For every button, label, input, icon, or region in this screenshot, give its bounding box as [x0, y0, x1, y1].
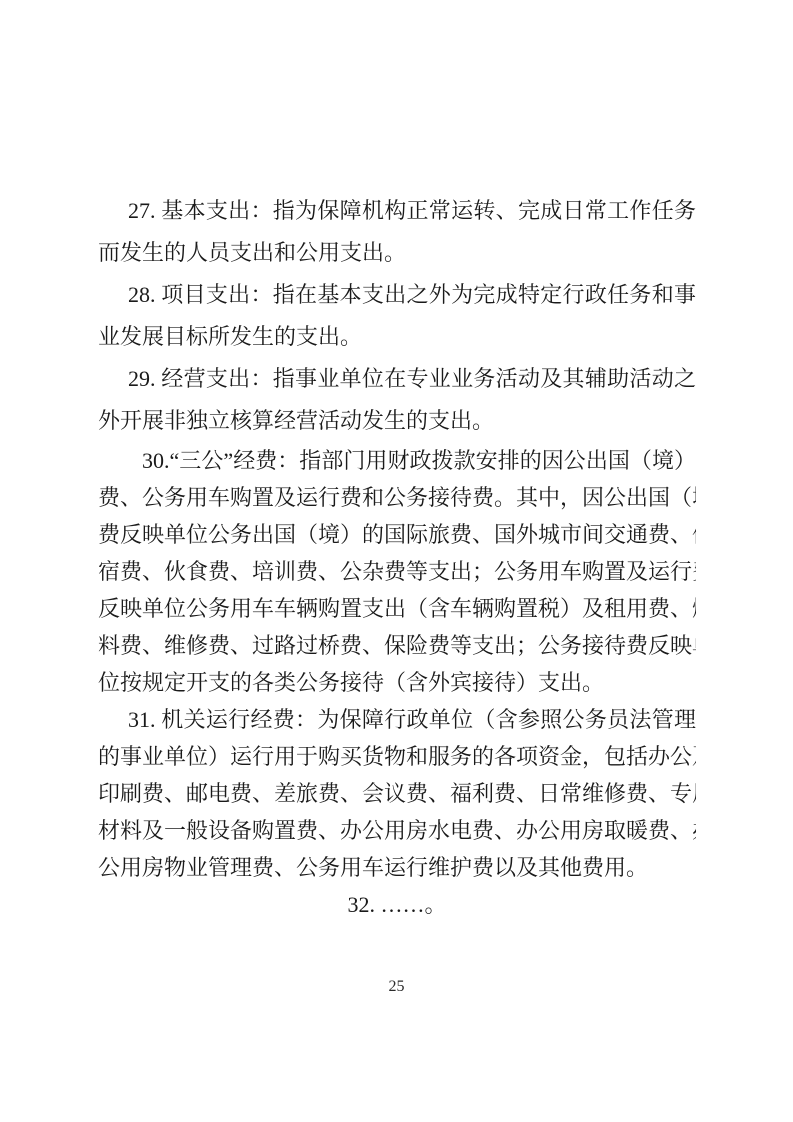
- document-text-block: 27. 基本支出：指为保障机构正常运转、完成日常工作任务 而发生的人员支出和公用…: [98, 190, 696, 924]
- text-line: 业发展目标所发生的支出。: [98, 316, 696, 358]
- paragraph-term-31: 31. 机关运行经费：为保障行政单位（含参照公务员法管理 的事业单位）运行用于购…: [98, 701, 696, 886]
- text-line: 费、公务用车购置及运行费和公务接待费。其中，因公出国（境）: [98, 479, 696, 516]
- text-line: 30.“三公”经费：指部门用财政拨款安排的因公出国（境）: [98, 442, 696, 479]
- paragraph-term-27: 27. 基本支出：指为保障机构正常运转、完成日常工作任务 而发生的人员支出和公用…: [98, 190, 696, 274]
- text-line: 宿费、伙食费、培训费、公杂费等支出；公务用车购置及运行费: [98, 553, 696, 590]
- text-line: 27. 基本支出：指为保障机构正常运转、完成日常工作任务: [98, 190, 696, 232]
- paragraph-term-29: 29. 经营支出：指事业单位在专业业务活动及其辅助活动之 外开展非独立核算经营活…: [98, 358, 696, 442]
- text-line: 费反映单位公务出国（境）的国际旅费、国外城市间交通费、住: [98, 516, 696, 553]
- text-line: 反映单位公务用车车辆购置支出（含车辆购置税）及租用费、燃: [98, 590, 696, 627]
- text-line: 外开展非独立核算经营活动发生的支出。: [98, 400, 696, 442]
- paragraph-term-30: 30.“三公”经费：指部门用财政拨款安排的因公出国（境） 费、公务用车购置及运行…: [98, 442, 696, 701]
- text-line: 32. ……。: [98, 886, 696, 924]
- text-line: 公用房物业管理费、公务用车运行维护费以及其他费用。: [98, 849, 696, 886]
- text-line: 而发生的人员支出和公用支出。: [98, 232, 696, 274]
- text-line: 料费、维修费、过路过桥费、保险费等支出；公务接待费反映单: [98, 627, 696, 664]
- text-line: 印刷费、邮电费、差旅费、会议费、福利费、日常维修费、专用: [98, 775, 696, 812]
- text-line: 的事业单位）运行用于购买货物和服务的各项资金，包括办公及: [98, 738, 696, 775]
- text-line: 材料及一般设备购置费、办公用房水电费、办公用房取暖费、办: [98, 812, 696, 849]
- document-page: 27. 基本支出：指为保障机构正常运转、完成日常工作任务 而发生的人员支出和公用…: [0, 0, 793, 1122]
- paragraph-term-28: 28. 项目支出：指在基本支出之外为完成特定行政任务和事 业发展目标所发生的支出…: [98, 274, 696, 358]
- text-line: 28. 项目支出：指在基本支出之外为完成特定行政任务和事: [98, 274, 696, 316]
- text-line: 31. 机关运行经费：为保障行政单位（含参照公务员法管理: [98, 701, 696, 738]
- text-line: 位按规定开支的各类公务接待（含外宾接待）支出。: [98, 664, 696, 701]
- page-number: 25: [0, 978, 793, 996]
- text-line: 29. 经营支出：指事业单位在专业业务活动及其辅助活动之: [98, 358, 696, 400]
- paragraph-term-32: 32. ……。: [98, 886, 696, 924]
